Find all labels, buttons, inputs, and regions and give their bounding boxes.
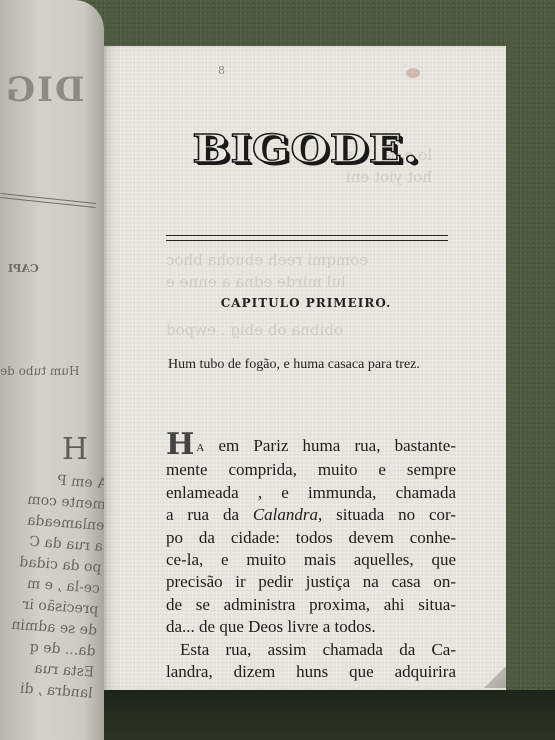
- body-line: landra, dizem huns que adquirira: [166, 661, 456, 683]
- body-line: da... de que Deos livre a todos.: [166, 616, 456, 638]
- body-paragraph: H A em Pariz huma rua, bastante- mente c…: [166, 435, 456, 683]
- bleed-through-text: eomqmi reeh ebuoha bhoc: [166, 251, 368, 269]
- left-facing-page: DIG CAPI Hum tubo de H A em P mente com …: [0, 0, 104, 740]
- italic-place-name: Calandra: [253, 505, 318, 524]
- body-line: ce-la, e muito mais aquelles, que: [166, 549, 456, 571]
- body-line: A em Pariz huma rua, bastante-: [166, 435, 456, 459]
- body-line: mente comprida, muito e sempre: [166, 459, 456, 481]
- page-number: 8: [218, 64, 225, 77]
- body-line: precisão ir pedir justiça na casa on-: [166, 571, 456, 593]
- foxing-stain: [406, 68, 420, 78]
- body-line: Esta rua, assim chamada da Ca-: [166, 639, 456, 661]
- double-rule-divider: [166, 235, 448, 241]
- left-page-ghost-title: DIG: [4, 70, 84, 110]
- bleed-through-text: lul mirde edna a enne e: [166, 273, 346, 291]
- body-line: enlameada , e immunda, chamada: [166, 482, 456, 504]
- line-text: , situada no cor-: [318, 505, 456, 524]
- right-page: 8 lo e oaq las hot yiot eni eomqmi reeh …: [106, 46, 506, 690]
- body-line: de se administra proxima, ahi situa-: [166, 594, 456, 616]
- drop-cap: H: [166, 433, 194, 457]
- line-text: a rua da: [166, 505, 253, 524]
- chapter-heading: CAPITULO PRIMEIRO.: [106, 296, 506, 310]
- bleed-through-text: obibna ob ebig . ewpod: [166, 321, 343, 339]
- left-page-mirrored-dropcap: H: [62, 432, 88, 467]
- line-text: em Pariz huma rua, bastante-: [204, 436, 456, 455]
- table-shadow: [60, 690, 555, 740]
- body-line: po da cidade: todos devem conhe-: [166, 527, 456, 549]
- left-page-mirrored-text: A em P mente com enlameada a rua da C po…: [0, 466, 104, 704]
- book-title: BIGODE.: [76, 126, 536, 171]
- left-page-mirrored-subtitle: Hum tubo de: [0, 364, 79, 378]
- chapter-subtitle: Hum tubo de fogão, e huma casaca para tr…: [168, 357, 453, 373]
- left-page-rule: [0, 193, 96, 208]
- body-line: a rua da Calandra, situada no cor-: [166, 504, 456, 526]
- left-page-mirrored-heading: CAPI: [8, 262, 39, 275]
